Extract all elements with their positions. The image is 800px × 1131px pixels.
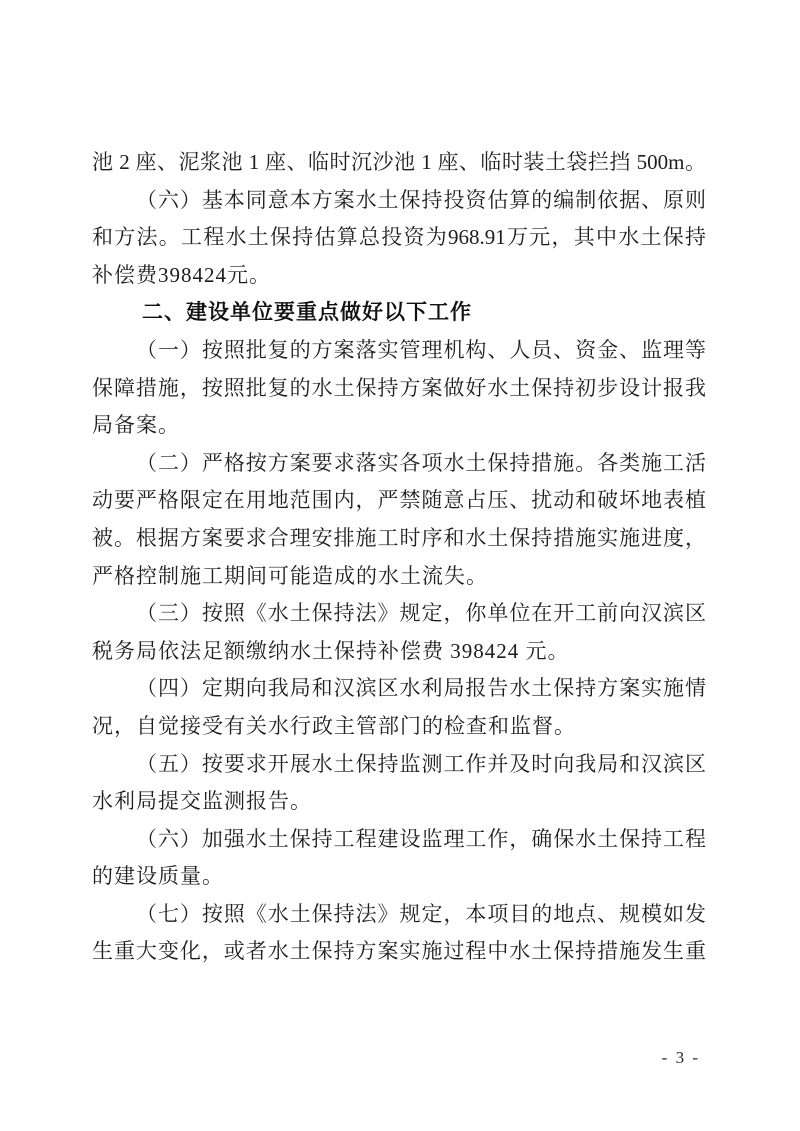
text-line-item-2-part1: （二）严格按方案要求落实各项水土保持措施。各类施工活 [92,445,706,483]
text-line-item-7-part1: （七）按照《水土保持法》规定，本项目的地点、规模如发 [92,896,706,934]
document-body: 池 2 座、泥浆池 1 座、临时沉沙池 1 座、临时装土袋拦挡 500m。 （六… [92,144,706,971]
text-line-continuation: 池 2 座、泥浆池 1 座、临时沉沙池 1 座、临时装土袋拦挡 500m。 [92,144,706,182]
text-line-item-3-part1: （三）按照《水土保持法》规定，你单位在开工前向汉滨区 [92,595,706,633]
text-line-item-4-part1: （四）定期向我局和汉滨区水利局报告水土保持方案实施情 [92,670,706,708]
text-line-item-6-part3: 补偿费398424元。 [92,257,706,295]
text-line-item-6-part1: （六）基本同意本方案水土保持投资估算的编制依据、原则 [92,182,706,220]
text-line-item-2-part2: 动要严格限定在用地范围内，严禁随意占压、扰动和破坏地表植 [92,482,706,520]
text-line-item-4-part2: 况，自觉接受有关水行政主管部门的检查和监督。 [92,708,706,746]
section-heading: 二、建设单位要重点做好以下工作 [92,294,706,332]
text-line-item-3-part2: 税务局依法足额缴纳水土保持补偿费 398424 元。 [92,633,706,671]
text-line-item-6-part2: 和方法。工程水土保持估算总投资为968.91万元，其中水土保持 [92,219,706,257]
text-line-item-2-part3: 被。根据方案要求合理安排施工时序和水土保持措施实施进度， [92,520,706,558]
text-line-item-7-part2: 生重大变化，或者水土保持方案实施过程中水土保持措施发生重 [92,933,706,971]
text-line-item-2-part4: 严格控制施工期间可能造成的水土流失。 [92,558,706,596]
text-line-item-6b-part2: 的建设质量。 [92,858,706,896]
text-line-item-1-part2: 保障措施，按照批复的水土保持方案做好水土保持初步设计报我 [92,370,706,408]
text-line-item-1-part3: 局备案。 [92,407,706,445]
page-number: - 3 - [662,1048,700,1068]
text-line-item-1-part1: （一）按照批复的方案落实管理机构、人员、资金、监理等 [92,332,706,370]
text-line-item-5-part1: （五）按要求开展水土保持监测工作并及时向我局和汉滨区 [92,746,706,784]
document-page: 池 2 座、泥浆池 1 座、临时沉沙池 1 座、临时装土袋拦挡 500m。 （六… [0,0,800,1131]
text-line-item-5-part2: 水利局提交监测报告。 [92,783,706,821]
text-line-item-6b-part1: （六）加强水土保持工程建设监理工作，确保水土保持工程 [92,821,706,859]
